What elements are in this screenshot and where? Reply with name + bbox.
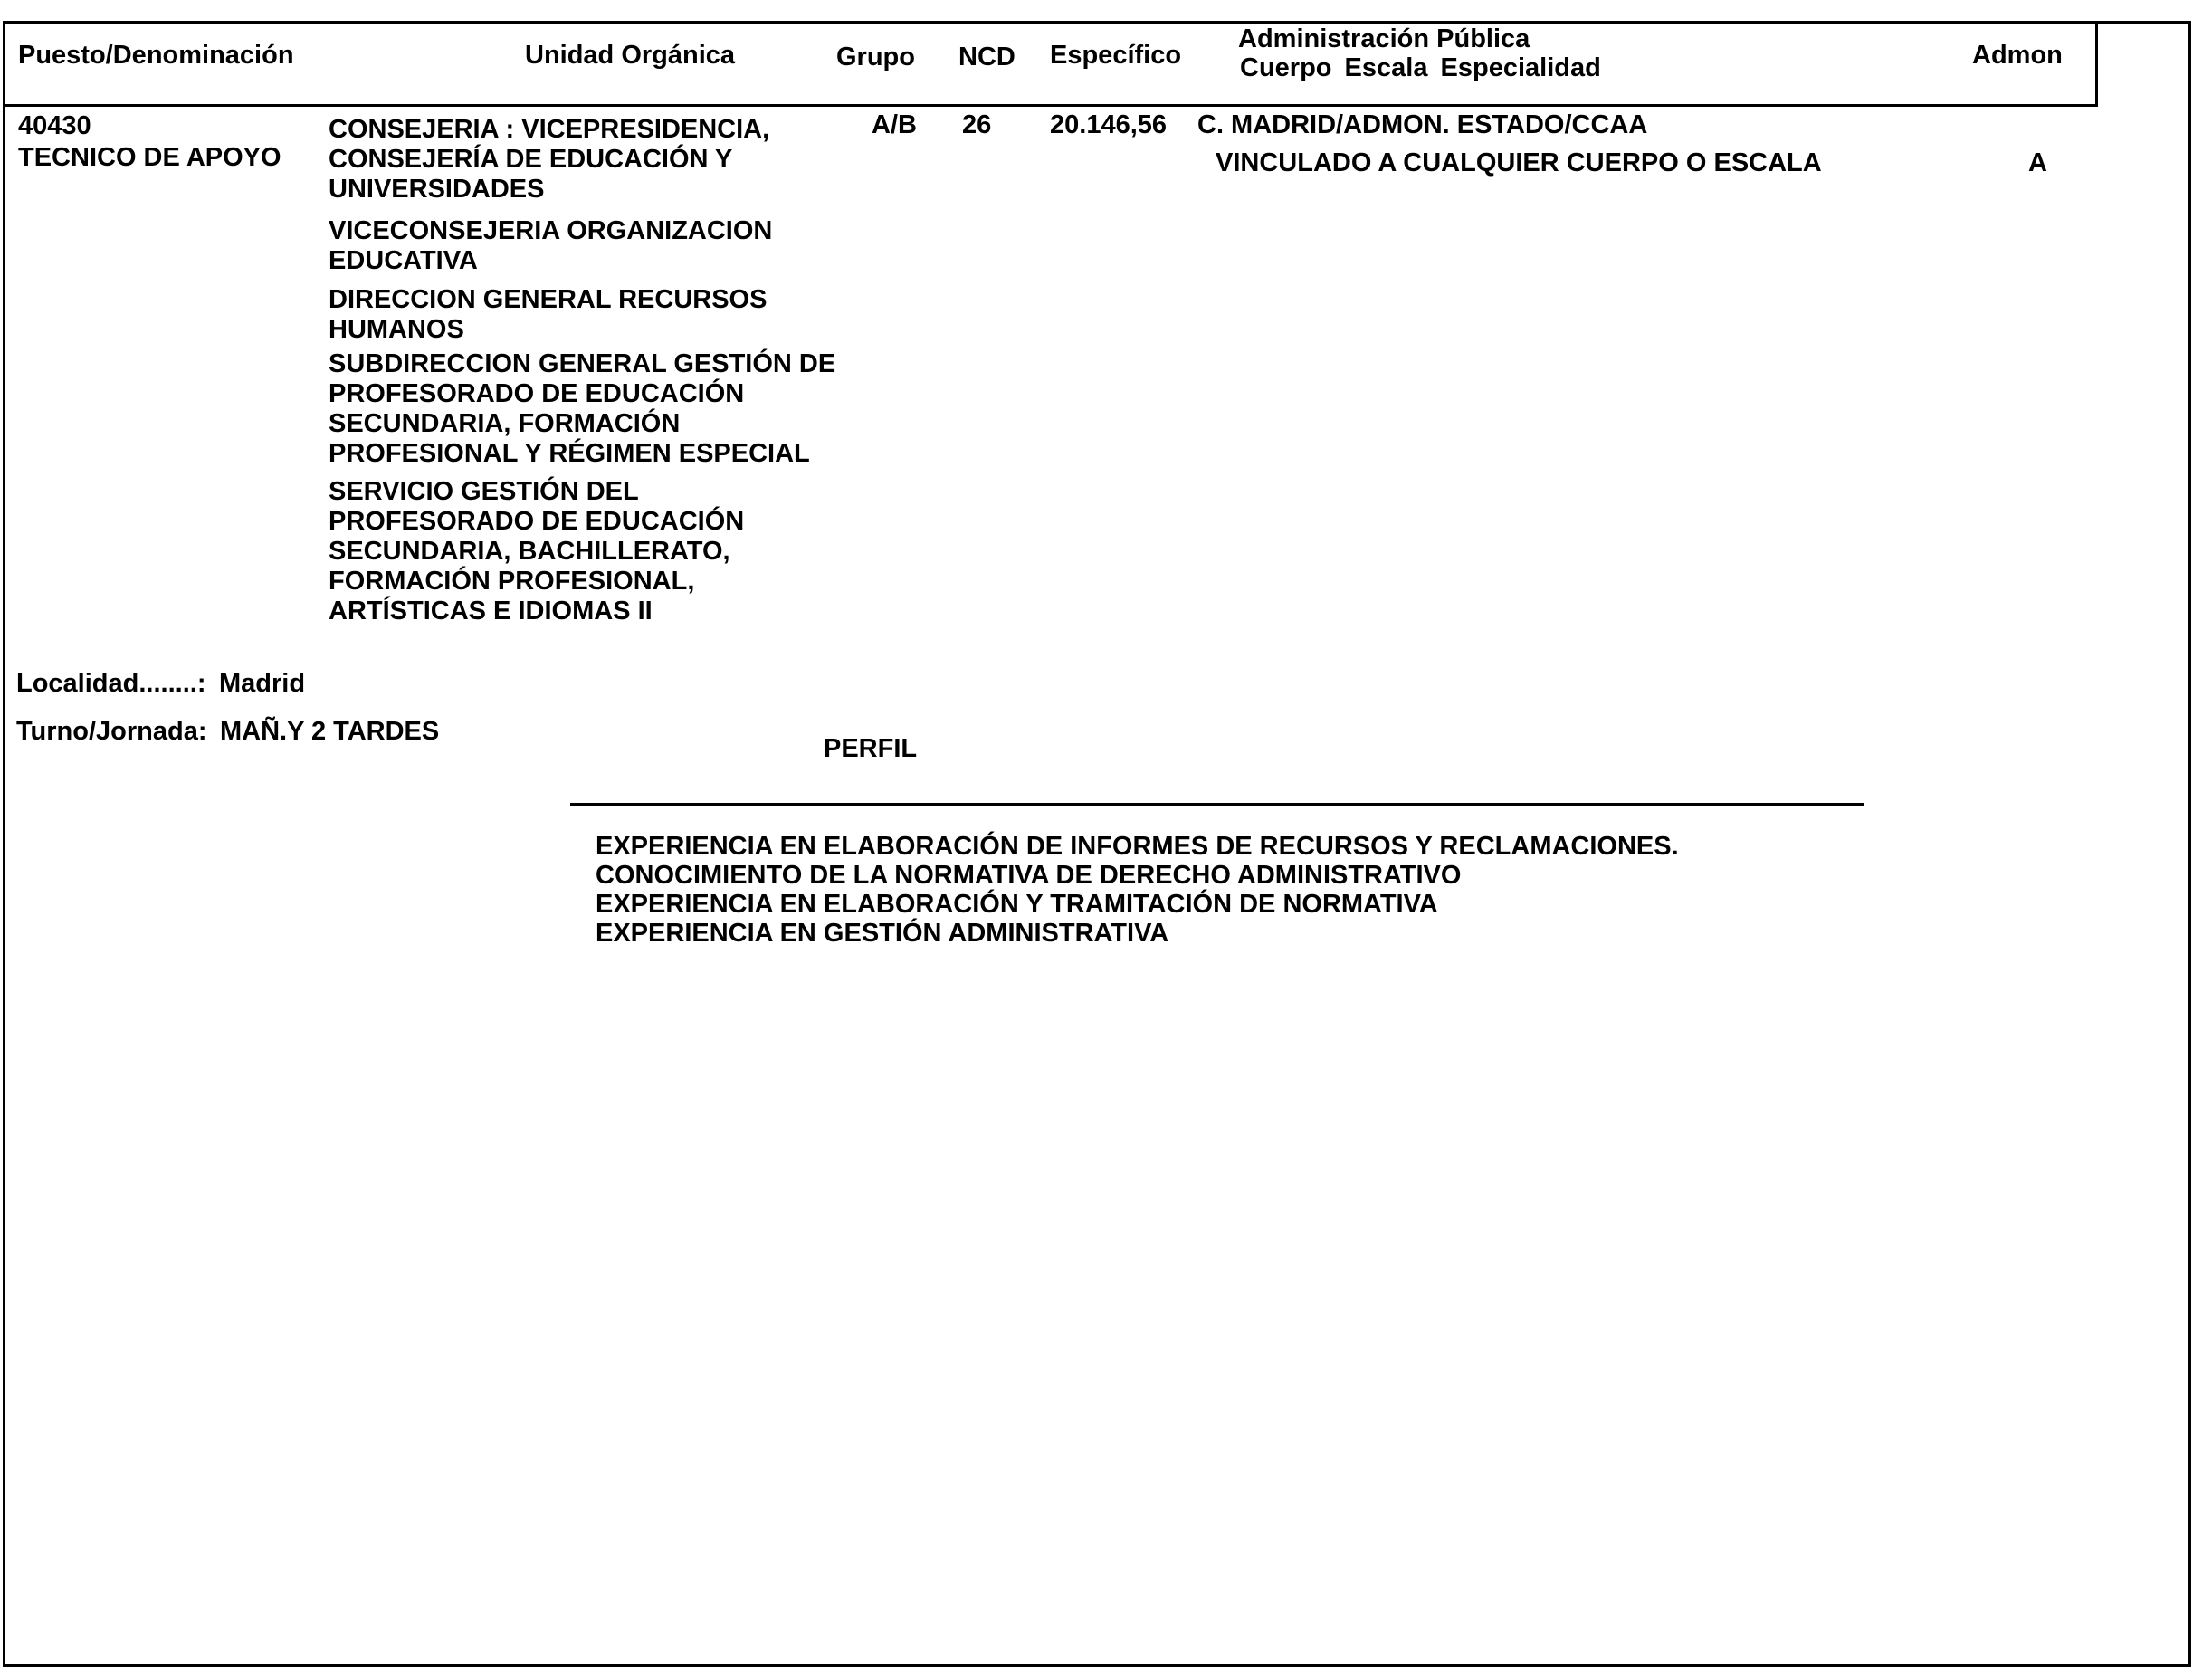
cell-unidad-organica-servicio: SERVICIO GESTIÓN DELPROFESORADO DE EDUCA…	[329, 477, 744, 626]
turno-jornada-label: Turno/Jornada:	[16, 718, 207, 747]
perfil-divider-line	[570, 803, 1864, 806]
cell-admon: A	[2028, 149, 2047, 178]
localidad-value: Madrid	[219, 670, 305, 699]
header-right-divider	[2095, 21, 2098, 107]
cell-especifico: 20.146,56	[1050, 111, 1167, 140]
col-header-grupo: Grupo	[836, 43, 915, 71]
col-header-administracion-publica: Administración Pública	[1238, 25, 1530, 52]
perfil-items: EXPERIENCIA EN ELABORACIÓN DE INFORMES D…	[596, 832, 1679, 948]
header-bottom-border	[3, 104, 2098, 107]
cell-grupo: A/B	[872, 111, 917, 140]
cell-unidad-organica-subdireccion: SUBDIRECCION GENERAL GESTIÓN DEPROFESORA…	[329, 349, 835, 469]
cell-vinculado: VINCULADO A CUALQUIER CUERPO O ESCALA	[1216, 149, 1822, 178]
cell-cuerpo-escala: C. MADRID/ADMON. ESTADO/CCAA	[1197, 111, 1647, 140]
perfil-title: PERFIL	[824, 735, 917, 764]
frame-left-border	[3, 21, 5, 1667]
frame-right-border	[2188, 21, 2191, 1667]
frame-bottom-border	[3, 1664, 2191, 1667]
cell-unidad-organica-direccion-general: DIRECCION GENERAL RECURSOSHUMANOS	[329, 285, 767, 345]
col-header-puesto-denominacion: Puesto/Denominación	[18, 42, 294, 69]
col-header-admon: Admon	[1972, 42, 2063, 69]
cell-ncd: 26	[962, 111, 991, 140]
frame-top-border	[3, 21, 2191, 24]
job-listing-page: Puesto/Denominación Unidad Orgánica Grup…	[0, 0, 2212, 1680]
cell-unidad-organica-consejeria: CONSEJERIA : VICEPRESIDENCIA,CONSEJERÍA …	[329, 115, 769, 205]
cell-unidad-organica-viceconsejeria: VICECONSEJERIA ORGANIZACIONEDUCATIVA	[329, 216, 772, 276]
col-header-cuerpo-escala-especialidad: Cuerpo Escala Especialidad	[1240, 54, 1601, 81]
col-header-unidad-organica: Unidad Orgánica	[525, 42, 735, 69]
col-header-ncd: NCD	[958, 43, 1015, 71]
localidad-label: Localidad........:	[16, 670, 205, 699]
turno-jornada-value: MAÑ.Y 2 TARDES	[220, 718, 439, 747]
col-header-especifico: Específico	[1050, 42, 1181, 69]
cell-puesto-denominacion: 40430TECNICO DE APOYO	[18, 110, 281, 174]
